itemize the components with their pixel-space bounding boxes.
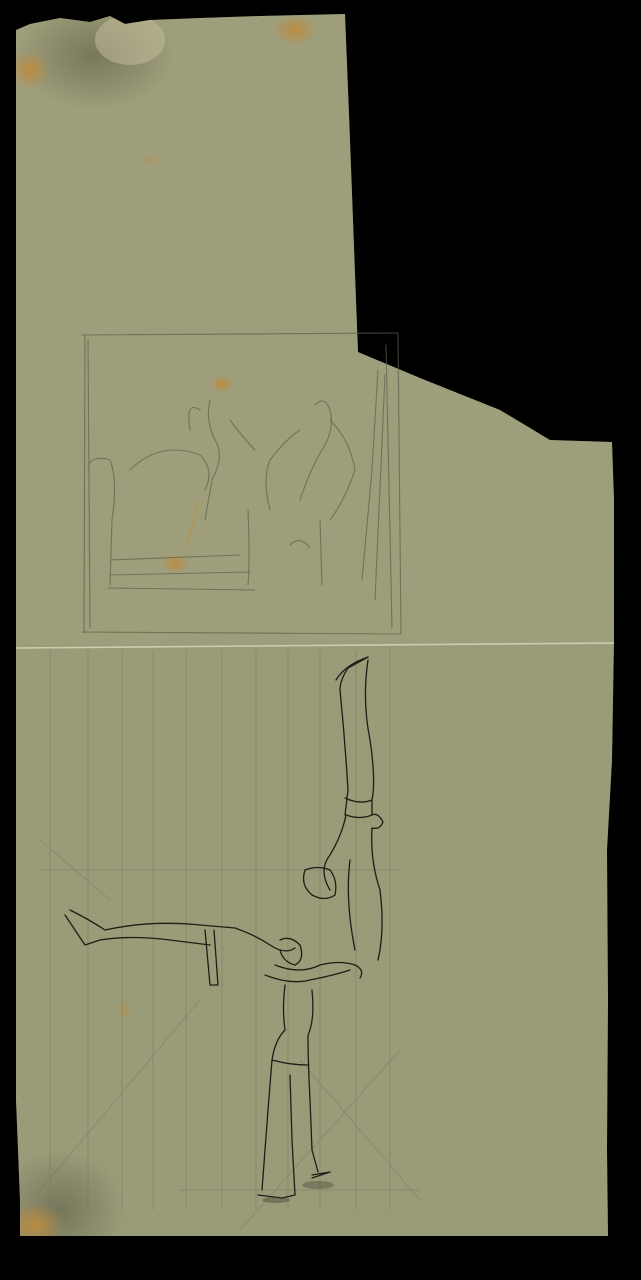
paper-sheet — [0, 0, 641, 1280]
